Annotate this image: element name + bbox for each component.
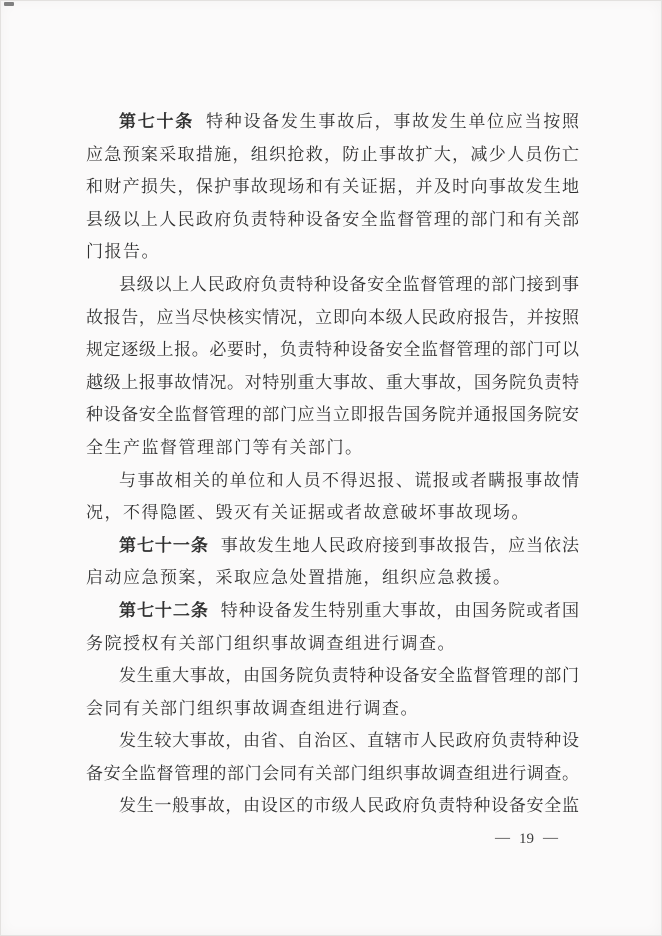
page-footer: —19— bbox=[495, 831, 558, 848]
text-line: 第七十一条事故发生地人民政府接到事故报告，应当依法 bbox=[86, 530, 579, 563]
line-text: 全生产监督管理部门等有关部门。 bbox=[86, 438, 364, 457]
line-text: 县级以上人民政府负责特种设备安全监督管理的部门和有关部 bbox=[86, 210, 579, 229]
line-text: 县级以上人民政府负责特种设备安全监督管理的部门接到事 bbox=[119, 275, 579, 294]
line-text: 务院授权有关部门组织事故调查组进行调查。 bbox=[86, 634, 456, 653]
line-text: 门报告。 bbox=[86, 242, 160, 261]
text-line: 县级以上人民政府负责特种设备安全监督管理的部门和有关部 bbox=[86, 204, 579, 237]
text-line: 与事故相关的单位和人员不得迟报、谎报或者瞒报事故情 bbox=[86, 465, 579, 498]
line-text: 特种设备发生事故后，事故发生单位应当按照 bbox=[206, 112, 579, 131]
article-number-heading: 第七十条 bbox=[119, 112, 194, 131]
line-text: 备安全监督管理的部门会同有关部门组织事故调查组进行调查。 bbox=[86, 764, 579, 783]
line-text: 况，不得隐匿、毁灭有关证据或者故意破坏事故现场。 bbox=[86, 503, 530, 522]
text-line: 务院授权有关部门组织事故调查组进行调查。 bbox=[86, 628, 579, 661]
line-text: 发生一般事故，由设区的市级人民政府负责特种设备安全监 bbox=[119, 796, 579, 815]
line-text: 和财产损失，保护事故现场和有关证据，并及时向事故发生地 bbox=[86, 177, 579, 196]
line-text: 发生较大事故，由省、自治区、直辖市人民政府负责特种设 bbox=[119, 731, 579, 750]
document-body: 第七十条特种设备发生事故后，事故发生单位应当按照 应急预案采取措施，组织抢救，防… bbox=[86, 106, 579, 823]
text-line: 全生产监督管理部门等有关部门。 bbox=[86, 432, 579, 465]
article-number-heading: 第七十一条 bbox=[119, 536, 209, 555]
article-number-heading: 第七十二条 bbox=[119, 601, 209, 620]
line-text: 发生重大事故，由国务院负责特种设备安全监督管理的部门 bbox=[119, 666, 579, 685]
text-line: 门报告。 bbox=[86, 236, 579, 269]
text-line: 发生较大事故，由省、自治区、直辖市人民政府负责特种设 bbox=[86, 725, 579, 758]
text-line: 况，不得隐匿、毁灭有关证据或者故意破坏事故现场。 bbox=[86, 497, 579, 530]
line-text: 种设备安全监督管理的部门应当立即报告国务院并通报国务院安 bbox=[86, 405, 579, 424]
line-text: 与事故相关的单位和人员不得迟报、谎报或者瞒报事故情 bbox=[119, 471, 579, 490]
text-line: 启动应急预案，采取应急处置措施，组织应急救援。 bbox=[86, 562, 579, 595]
text-line: 备安全监督管理的部门会同有关部门组织事故调查组进行调查。 bbox=[86, 758, 579, 791]
text-line: 会同有关部门组织事故调查组进行调查。 bbox=[86, 693, 579, 726]
line-text: 特种设备发生特别重大事故，由国务院或者国 bbox=[221, 601, 579, 620]
text-line: 种设备安全监督管理的部门应当立即报告国务院并通报国务院安 bbox=[86, 399, 579, 432]
text-line: 第七十二条特种设备发生特别重大事故，由国务院或者国 bbox=[86, 595, 579, 628]
text-line: 和财产损失，保护事故现场和有关证据，并及时向事故发生地 bbox=[86, 171, 579, 204]
line-text: 启动应急预案，采取应急处置措施，组织应急救援。 bbox=[86, 568, 512, 587]
text-line: 越级上报事故情况。对特别重大事故、重大事故，国务院负责特 bbox=[86, 367, 579, 400]
page-number: 19 bbox=[519, 831, 534, 847]
line-text: 会同有关部门组织事故调查组进行调查。 bbox=[86, 699, 419, 718]
footer-dash-right: — bbox=[543, 830, 558, 846]
footer-dash-left: — bbox=[495, 830, 510, 846]
text-line: 规定逐级上报。必要时，负责特种设备安全监督管理的部门可以 bbox=[86, 334, 579, 367]
text-line: 发生一般事故，由设区的市级人民政府负责特种设备安全监 bbox=[86, 790, 579, 823]
text-line: 县级以上人民政府负责特种设备安全监督管理的部门接到事 bbox=[86, 269, 579, 302]
line-text: 规定逐级上报。必要时，负责特种设备安全监督管理的部门可以 bbox=[86, 340, 579, 359]
line-text: 故报告，应当尽快核实情况，立即向本级人民政府报告，并按照 bbox=[86, 308, 579, 327]
text-line: 发生重大事故，由国务院负责特种设备安全监督管理的部门 bbox=[86, 660, 579, 693]
line-text: 应急预案采取措施，组织抢救，防止事故扩大，减少人员伤亡 bbox=[86, 145, 579, 164]
scan-artifact bbox=[4, 2, 14, 6]
text-line: 应急预案采取措施，组织抢救，防止事故扩大，减少人员伤亡 bbox=[86, 139, 579, 172]
line-text: 事故发生地人民政府接到事故报告，应当依法 bbox=[221, 536, 579, 555]
text-line: 第七十条特种设备发生事故后，事故发生单位应当按照 bbox=[86, 106, 579, 139]
text-line: 故报告，应当尽快核实情况，立即向本级人民政府报告，并按照 bbox=[86, 302, 579, 335]
line-text: 越级上报事故情况。对特别重大事故、重大事故，国务院负责特 bbox=[86, 373, 579, 392]
document-page: 第七十条特种设备发生事故后，事故发生单位应当按照 应急预案采取措施，组织抢救，防… bbox=[0, 0, 662, 936]
